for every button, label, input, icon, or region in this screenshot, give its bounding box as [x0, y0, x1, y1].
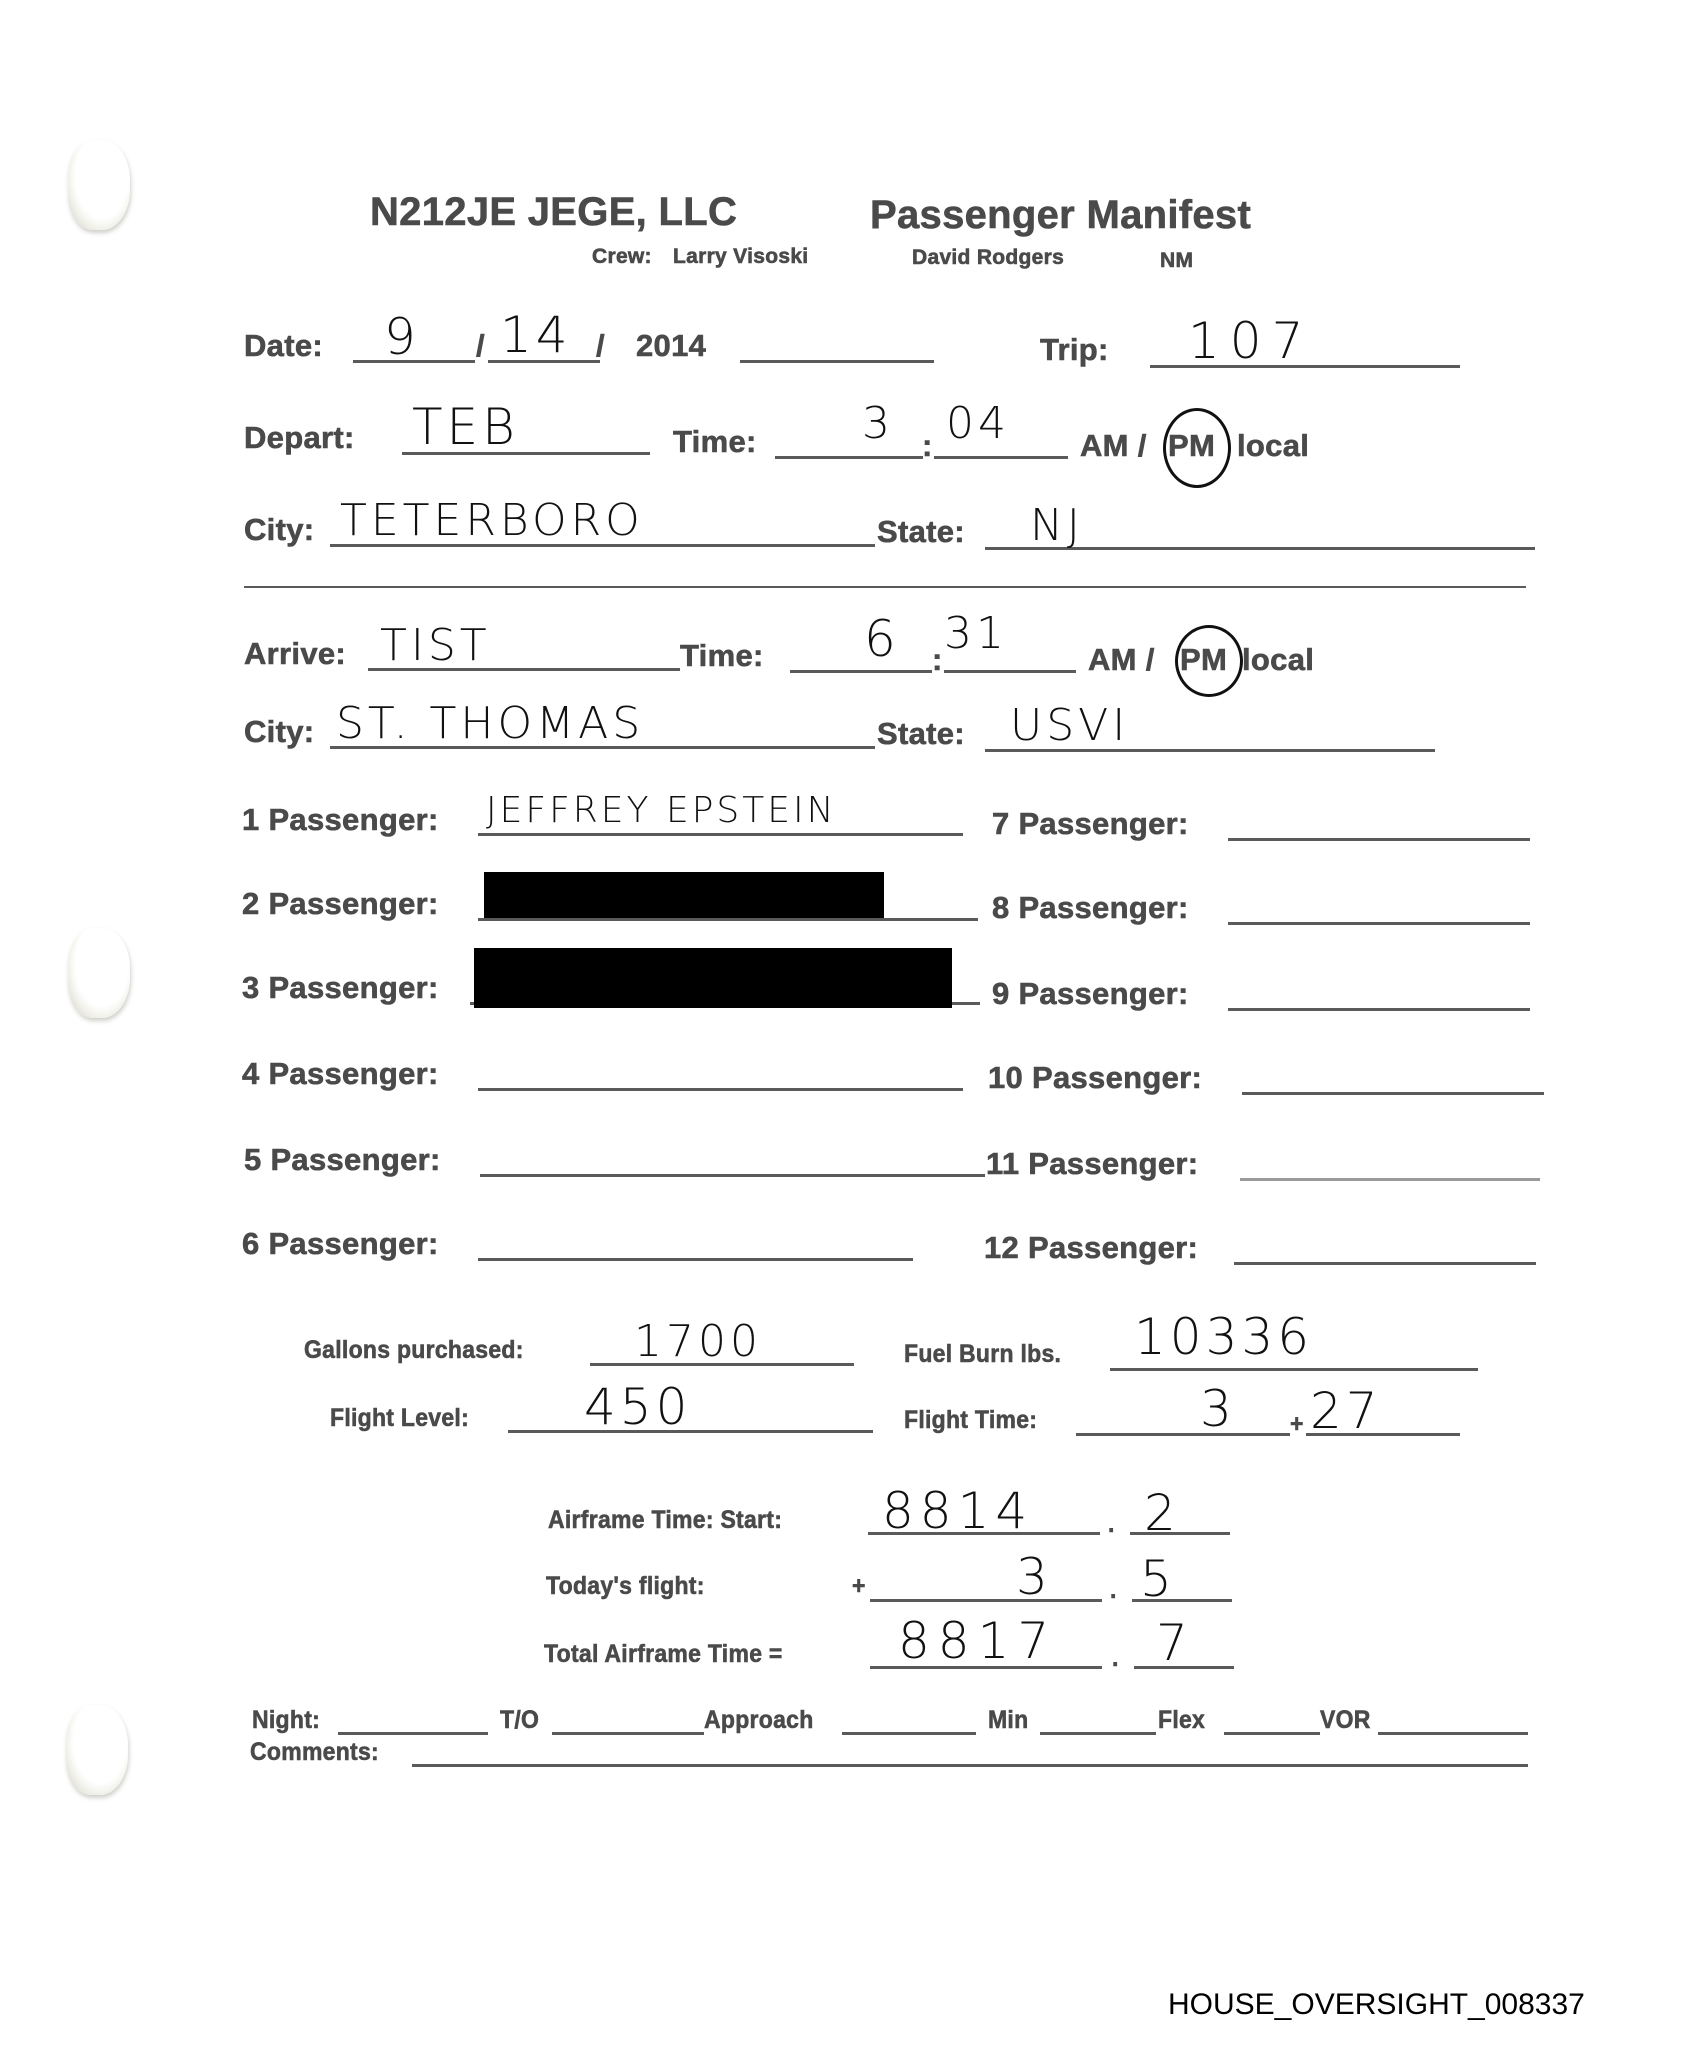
arrive-city-value: ST. THOMAS: [336, 698, 644, 749]
arrive-state-value: USVI: [1010, 700, 1129, 751]
min-label: Min: [988, 1706, 1028, 1735]
date-label: Date:: [244, 328, 323, 364]
comments-label: Comments:: [250, 1738, 379, 1767]
arrive-label: Arrive:: [244, 636, 346, 672]
total-airframe-label: Total Airframe Time =: [544, 1640, 783, 1669]
date-year-value: 2014: [636, 328, 706, 364]
passenger-1-name: JEFFREY EPSTEIN: [486, 790, 837, 831]
depart-time-colon: :: [922, 428, 933, 464]
todays-flight-decimal: .: [1110, 1576, 1117, 1605]
depart-time-label: Time:: [673, 424, 757, 460]
depart-hour-field[interactable]: [775, 456, 923, 459]
passenger-4-field[interactable]: [478, 1088, 963, 1091]
depart-label: Depart:: [244, 420, 355, 456]
todays-flight-label: Today's flight:: [546, 1572, 705, 1601]
night-field[interactable]: [338, 1732, 488, 1735]
section-divider: [244, 586, 1526, 588]
passenger-3-redaction: [474, 948, 952, 1008]
passenger-4-label: 4 Passenger:: [242, 1056, 439, 1092]
gallons-purchased-value: 1700: [634, 1316, 762, 1367]
bates-number: HOUSE_OVERSIGHT_008337: [1168, 1988, 1585, 2022]
depart-minute-value: 04: [946, 398, 1010, 449]
passenger-7-field[interactable]: [1228, 838, 1530, 841]
passenger-5-label: 5 Passenger:: [244, 1142, 441, 1178]
fuel-burn-field[interactable]: [1110, 1368, 1478, 1371]
passenger-11-label: 11 Passenger:: [986, 1146, 1198, 1182]
passenger-9-label: 9 Passenger:: [992, 976, 1189, 1012]
takeoff-field[interactable]: [552, 1732, 704, 1735]
passenger-11-field[interactable]: [1240, 1178, 1540, 1181]
crew-member-1: Larry Visoski: [673, 245, 808, 269]
depart-am-option[interactable]: AM /: [1080, 428, 1147, 464]
depart-local-label: local: [1237, 428, 1309, 464]
trip-number-value: 107: [1188, 312, 1313, 370]
depart-state-value: NJ: [1030, 500, 1084, 551]
gallons-purchased-label: Gallons purchased:: [304, 1336, 524, 1365]
passenger-1-field[interactable]: [478, 833, 963, 836]
arrive-local-label: local: [1242, 642, 1314, 678]
passenger-6-field[interactable]: [478, 1258, 913, 1261]
night-label: Night:: [252, 1706, 320, 1735]
fuel-burn-label: Fuel Burn lbs.: [904, 1340, 1061, 1369]
arrive-minute-field[interactable]: [944, 670, 1076, 673]
approach-label: Approach: [704, 1706, 814, 1735]
total-airframe-whole-value: 8817: [898, 1612, 1057, 1670]
passenger-6-label: 6 Passenger:: [242, 1226, 439, 1262]
arrive-pm-selected-circle: [1175, 625, 1243, 697]
passenger-9-field[interactable]: [1228, 1008, 1530, 1011]
passenger-5-field[interactable]: [480, 1174, 985, 1177]
vor-field[interactable]: [1378, 1732, 1528, 1735]
depart-city-value: TETERBORO: [340, 495, 644, 546]
approach-field[interactable]: [842, 1732, 976, 1735]
airframe-start-label: Airframe Time: Start:: [548, 1506, 782, 1535]
total-airframe-tenth-value: 7: [1156, 1614, 1192, 1672]
passenger-8-label: 8 Passenger:: [992, 890, 1189, 926]
arrive-time-label: Time:: [680, 638, 764, 674]
form-title: Passenger Manifest: [870, 193, 1251, 238]
passenger-10-label: 10 Passenger:: [988, 1060, 1202, 1096]
date-separator-2: /: [596, 328, 605, 364]
passenger-10-field[interactable]: [1242, 1092, 1544, 1095]
arrive-minute-value: 31: [944, 608, 1008, 659]
comments-field[interactable]: [412, 1764, 1528, 1767]
passenger-2-field[interactable]: [478, 918, 978, 921]
flex-label: Flex: [1158, 1706, 1205, 1735]
airframe-start-decimal: .: [1108, 1510, 1115, 1539]
passenger-2-label: 2 Passenger:: [242, 886, 439, 922]
flex-field[interactable]: [1224, 1732, 1320, 1735]
arrive-hour-field[interactable]: [790, 670, 932, 673]
fuel-burn-value: 10336: [1134, 1308, 1313, 1366]
arrive-airport-value: TIST: [380, 620, 491, 671]
flight-time-label: Flight Time:: [904, 1406, 1037, 1435]
trip-label: Trip:: [1040, 332, 1109, 368]
depart-state-label: State:: [877, 514, 965, 550]
total-airframe-decimal: .: [1112, 1644, 1119, 1673]
passenger-7-label: 7 Passenger:: [992, 806, 1189, 842]
crew-member-3: NM: [1160, 249, 1193, 273]
aircraft-company-title: N212JE JEGE, LLC: [370, 190, 737, 235]
takeoff-label: T/O: [500, 1706, 539, 1735]
passenger-12-label: 12 Passenger:: [984, 1230, 1198, 1266]
passenger-12-field[interactable]: [1234, 1262, 1536, 1265]
arrive-hour-value: 6: [864, 610, 900, 668]
passenger-1-label: 1 Passenger:: [242, 802, 439, 838]
depart-airport-value: TEB: [412, 398, 519, 456]
depart-city-label: City:: [244, 512, 314, 548]
date-day-value: 14: [500, 306, 572, 364]
flight-level-label: Flight Level:: [330, 1404, 469, 1433]
flight-time-minutes-value: 27: [1310, 1382, 1382, 1440]
crew-label: Crew:: [592, 245, 652, 269]
hole-punch-middle: [68, 928, 130, 1018]
date-year-field[interactable]: [740, 360, 934, 363]
depart-minute-field[interactable]: [934, 456, 1068, 459]
todays-flight-whole-value: 3: [1016, 1548, 1052, 1606]
depart-pm-selected-circle: [1163, 408, 1231, 488]
date-month-value: 9: [384, 308, 420, 366]
todays-flight-plus: +: [852, 1572, 866, 1601]
arrive-am-option[interactable]: AM /: [1088, 642, 1155, 678]
depart-hour-value: 3: [862, 398, 894, 449]
passenger-8-field[interactable]: [1228, 922, 1530, 925]
flight-time-hours-value: 3: [1200, 1380, 1236, 1438]
hole-punch-top: [68, 140, 130, 230]
todays-flight-whole-field[interactable]: [870, 1599, 1102, 1602]
arrive-state-label: State:: [877, 716, 965, 752]
airframe-start-tenth-value: 2: [1144, 1484, 1180, 1542]
hole-punch-bottom: [66, 1705, 128, 1795]
flight-level-value: 450: [584, 1378, 691, 1436]
crew-member-2: David Rodgers: [912, 246, 1064, 270]
passenger-2-redaction: [484, 872, 884, 918]
flight-time-hours-field[interactable]: [1076, 1433, 1290, 1436]
vor-label: VOR: [1320, 1706, 1371, 1735]
min-field[interactable]: [1040, 1732, 1156, 1735]
airframe-start-whole-value: 8814: [882, 1482, 1033, 1540]
flight-time-separator: +: [1290, 1410, 1304, 1439]
date-separator-1: /: [476, 328, 485, 364]
passenger-3-label: 3 Passenger:: [242, 970, 439, 1006]
todays-flight-tenth-value: 5: [1140, 1550, 1176, 1608]
arrive-time-colon: :: [932, 642, 943, 678]
arrive-city-label: City:: [244, 714, 314, 750]
